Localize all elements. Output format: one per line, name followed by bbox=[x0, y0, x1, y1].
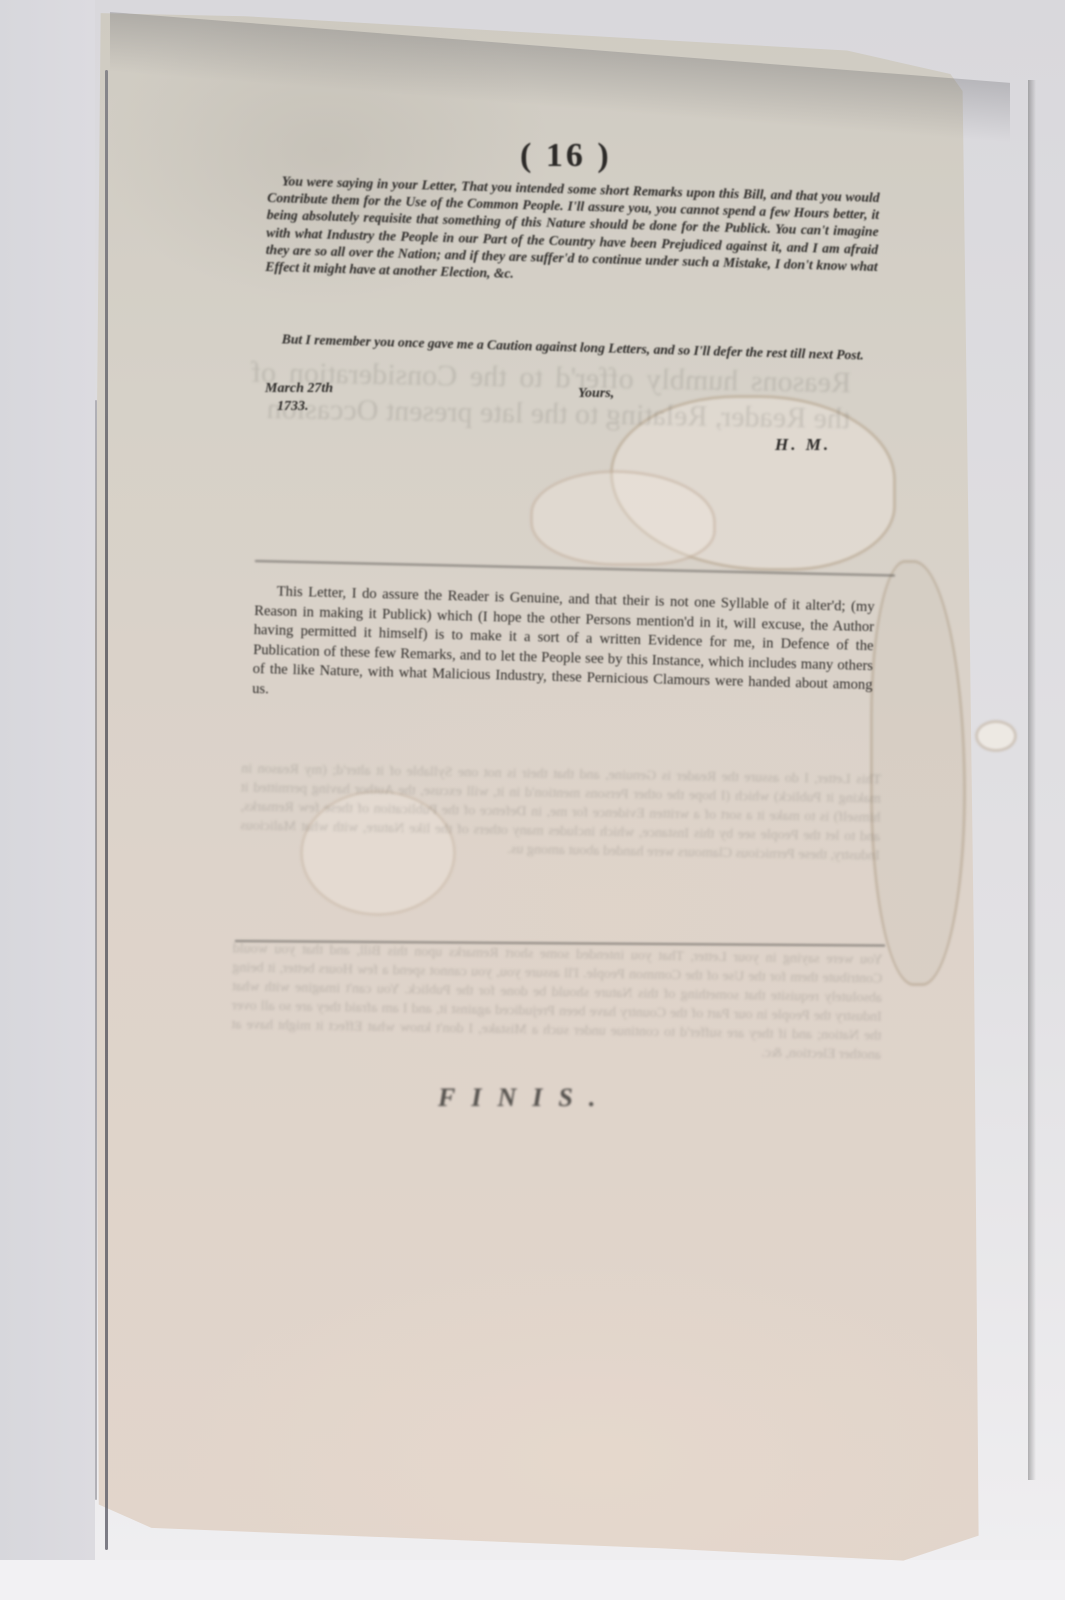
bleed-through-text: This Letter, I do assure the Reader is G… bbox=[239, 759, 882, 920]
letter-body: You were saying in your Letter, That you… bbox=[265, 172, 880, 292]
note-paragraph: This Letter, I do assure the Reader is G… bbox=[252, 582, 875, 715]
page-number: ( 16 ) bbox=[520, 137, 612, 175]
date-line: March 27th bbox=[265, 380, 333, 398]
valediction: Yours, bbox=[578, 386, 614, 402]
page-right-edge bbox=[1028, 80, 1036, 1480]
backdrop bbox=[0, 0, 95, 1600]
bleed-through-text: Reasons humbly offer'd to the Considerat… bbox=[249, 355, 852, 515]
date-line: 1733. bbox=[265, 398, 333, 416]
signature: H. M. bbox=[775, 435, 831, 455]
binding-edge-outer bbox=[95, 400, 97, 1500]
finis-mark: FINIS. bbox=[438, 1083, 611, 1113]
letter-paragraph: You were saying in your Letter, That you… bbox=[265, 172, 880, 292]
table-surface bbox=[0, 1560, 1065, 1600]
binding-edge bbox=[105, 70, 108, 1550]
paper-tear bbox=[975, 720, 1017, 752]
editor-note: This Letter, I do assure the Reader is G… bbox=[252, 582, 875, 715]
letter-date: March 27th 1733. bbox=[265, 380, 333, 416]
